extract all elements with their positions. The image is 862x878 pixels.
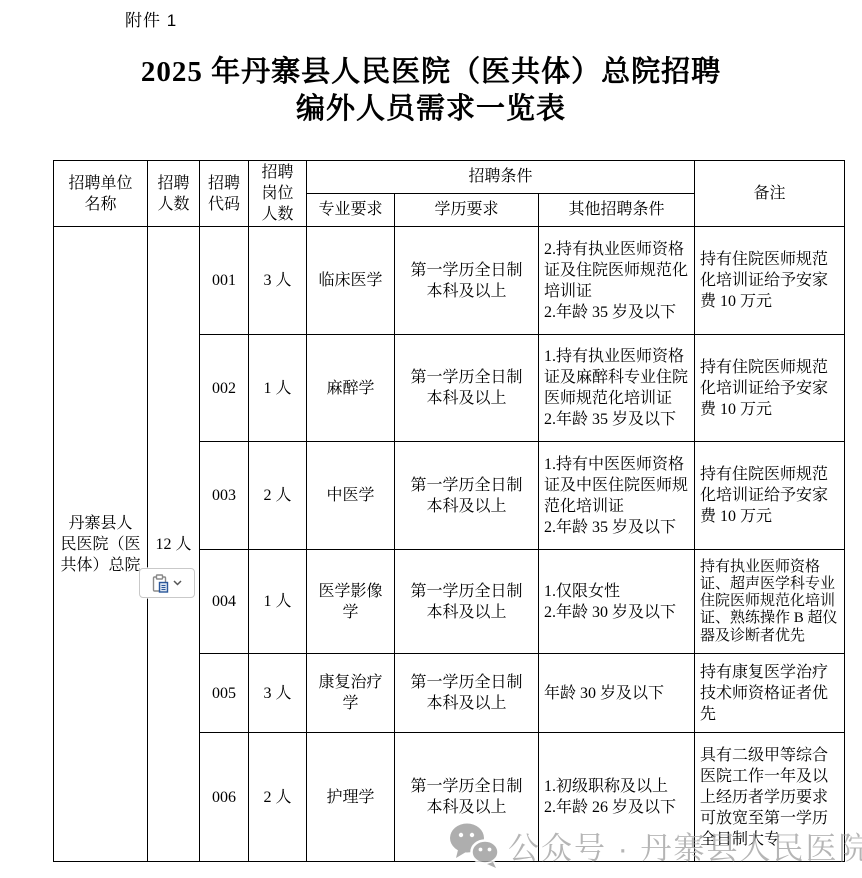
attachment-label: 附件 1 (125, 6, 177, 31)
cell-post-count: 1 人 (249, 335, 307, 442)
cell-other-conditions: 年龄 30 岁及以下 (539, 654, 695, 733)
cell-post-count: 2 人 (249, 733, 307, 862)
cell-remark: 持有执业医师资格证、超声医学科专业住院医师规范化培训证、熟练操作 B 超仪器及诊… (695, 550, 845, 654)
header-recruit-count: 招聘 人数 (148, 161, 200, 227)
cell-education: 第一学历全日制 本科及以上 (395, 227, 539, 335)
page-title-line2: 编外人员需求一览表 (0, 91, 862, 128)
cell-post-count: 2 人 (249, 442, 307, 550)
cell-major: 医学影像 学 (307, 550, 395, 654)
header-conditions-group: 招聘条件 (307, 161, 695, 194)
cell-code: 002 (200, 335, 249, 442)
watermark-text: 公众号 · 丹寨县人民医院订阅号 (508, 823, 862, 868)
cell-code: 001 (200, 227, 249, 335)
cell-major: 麻醉学 (307, 335, 395, 442)
chevron-down-icon (173, 580, 182, 586)
cell-education: 第一学历全日制 本科及以上 (395, 442, 539, 550)
cell-education: 第一学历全日制 本科及以上 (395, 654, 539, 733)
cell-major: 中医学 (307, 442, 395, 550)
cell-remark: 持有住院医师规范化培训证给予安家费 10 万元 (695, 335, 845, 442)
cell-education: 第一学历全日制 本科及以上 (395, 335, 539, 442)
header-recruit-code: 招聘 代码 (200, 161, 249, 227)
cell-education: 第一学历全日制 本科及以上 (395, 550, 539, 654)
cell-post-count: 1 人 (249, 550, 307, 654)
header-unit-name: 招聘单位 名称 (54, 161, 148, 227)
cell-major: 康复治疗 学 (307, 654, 395, 733)
cell-other-conditions: 2.持有执业医师资格证及住院医师规范化培训证 2.年龄 35 岁及以下 (539, 227, 695, 335)
cell-remark: 持有住院医师规范化培训证给予安家费 10 万元 (695, 442, 845, 550)
paste-options-button[interactable] (139, 568, 195, 598)
cell-post-count: 3 人 (249, 227, 307, 335)
cell-code: 004 (200, 550, 249, 654)
cell-remark: 持有康复医学治疗技术师资格证者优先 (695, 654, 845, 733)
cell-code: 005 (200, 654, 249, 733)
cell-major: 护理学 (307, 733, 395, 862)
wechat-icon (448, 822, 500, 868)
cell-code: 003 (200, 442, 249, 550)
cell-other-conditions: 1.持有中医医师资格证及中医住院医师规范化培训证 2.年龄 35 岁及以下 (539, 442, 695, 550)
page-title: 2025 年丹寨县人民医院（医共体）总院招聘 编外人员需求一览表 (0, 54, 862, 128)
header-other-conditions: 其他招聘条件 (539, 193, 695, 227)
cell-code: 006 (200, 733, 249, 862)
watermark: 公众号 · 丹寨县人民医院订阅号 (448, 822, 862, 868)
header-education: 学历要求 (395, 193, 539, 227)
cell-other-conditions: 1.仅限女性 2.年龄 30 岁及以下 (539, 550, 695, 654)
table-row: 丹寨县人 民医院（医 共体）总院 12 人 001 3 人 临床医学 第一学历全… (54, 227, 845, 335)
recruitment-table: 招聘单位 名称 招聘 人数 招聘 代码 招聘 岗位 人数 招聘条件 备注 专业要… (53, 160, 845, 862)
header-remarks: 备注 (695, 161, 845, 227)
cell-other-conditions: 1.持有执业医师资格证及麻醉科专业住院医师规范化培训证 2.年龄 35 岁及以下 (539, 335, 695, 442)
paste-options-icon (152, 574, 169, 593)
document-page: { "page": { "attachment_label": "附件 1", … (0, 0, 862, 878)
header-row-top: 招聘单位 名称 招聘 人数 招聘 代码 招聘 岗位 人数 招聘条件 备注 (54, 161, 845, 194)
cell-total-count: 12 人 (148, 227, 200, 862)
cell-remark: 持有住院医师规范化培训证给予安家费 10 万元 (695, 227, 845, 335)
cell-unit-name: 丹寨县人 民医院（医 共体）总院 (54, 227, 148, 862)
cell-post-count: 3 人 (249, 654, 307, 733)
cell-major: 临床医学 (307, 227, 395, 335)
header-post-count: 招聘 岗位 人数 (249, 161, 307, 227)
header-major: 专业要求 (307, 193, 395, 227)
page-title-line1: 2025 年丹寨县人民医院（医共体）总院招聘 (0, 54, 862, 91)
